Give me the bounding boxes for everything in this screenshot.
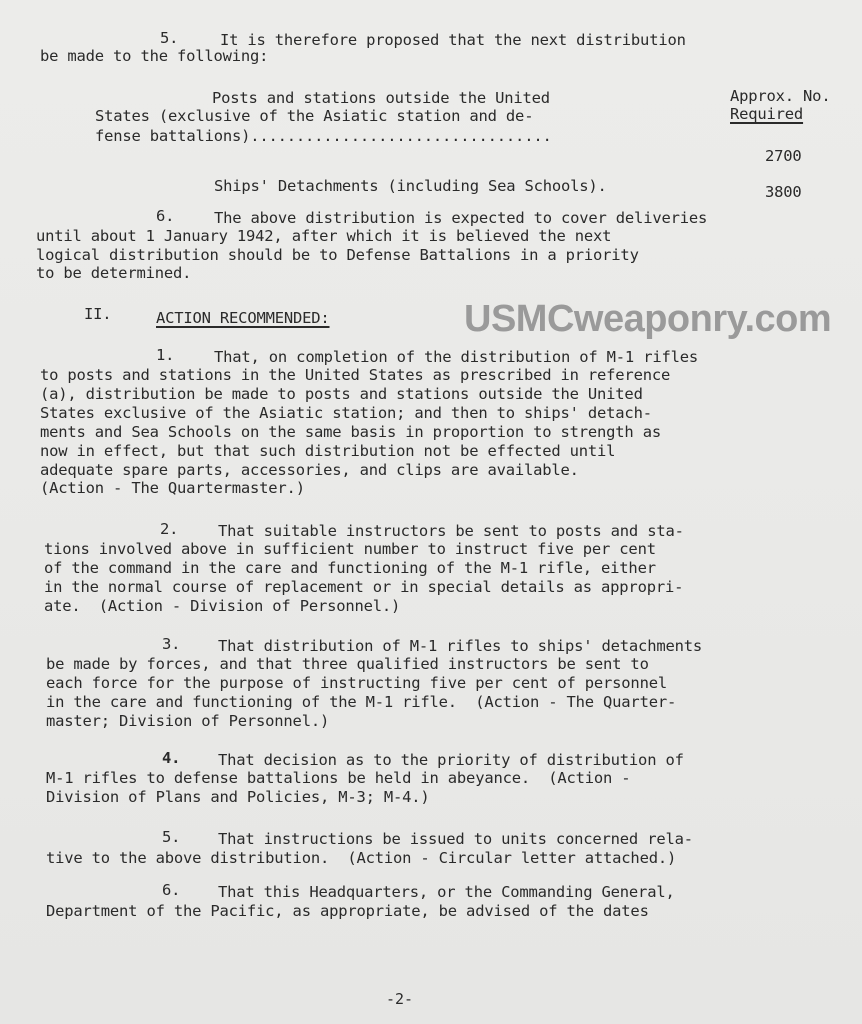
rec1-line3: (a), distribution be made to posts and s… <box>40 384 643 404</box>
table-row1-line3: fense battalions).......................… <box>95 126 552 146</box>
rec1-line4: States exclusive of the Asiatic station;… <box>40 403 652 423</box>
para6-number: 6. <box>156 206 174 226</box>
rec2-line3: of the command in the care and functioni… <box>44 558 656 578</box>
rec2-line5: ate. (Action - Division of Personnel.) <box>44 596 400 616</box>
rec2-number: 2. <box>160 519 178 539</box>
rec4-number: 4. <box>162 748 180 768</box>
rec2-line2: tions involved above in sufficient numbe… <box>44 539 656 559</box>
watermark: USMCweaponry.com <box>464 299 831 339</box>
rec2-line1: That suitable instructors be sent to pos… <box>218 521 684 541</box>
table-row1-line2: States (exclusive of the Asiatic station… <box>95 106 533 126</box>
rec6-line2: Department of the Pacific, as appropriat… <box>46 901 649 921</box>
rec4-line3: Division of Plans and Policies, M-3; M-4… <box>46 787 430 807</box>
para5-line1: It is therefore proposed that the next d… <box>220 30 686 50</box>
para5-number: 5. <box>160 28 178 48</box>
table-header-approx: Approx. No. <box>730 86 830 106</box>
rec3-number: 3. <box>162 634 180 654</box>
table-row1-line1: Posts and stations outside the United <box>212 88 550 108</box>
rec6-line1: That this Headquarters, or the Commandin… <box>218 882 675 902</box>
document-page: 5. It is therefore proposed that the nex… <box>0 0 862 1024</box>
section-title: ACTION RECOMMENDED: <box>156 308 330 328</box>
rec3-line2: be made by forces, and that three qualif… <box>46 654 649 674</box>
table-row2-value: 3800 <box>765 182 802 202</box>
para6-line4: to be determined. <box>36 263 191 283</box>
rec5-line1: That instructions be issued to units con… <box>218 829 693 849</box>
rec1-line5: ments and Sea Schools on the same basis … <box>40 422 661 442</box>
table-header-required: Required <box>730 104 803 124</box>
table-row2-label: Ships' Detachments (including Sea School… <box>214 176 607 196</box>
rec4-line1: That decision as to the priority of dist… <box>218 750 684 770</box>
table-row1-value: 2700 <box>765 146 802 166</box>
rec3-line5: master; Division of Personnel.) <box>46 711 329 731</box>
rec5-line2: tive to the above distribution. (Action … <box>46 848 676 868</box>
page-number: -2- <box>386 990 413 1008</box>
rec3-line4: in the care and functioning of the M-1 r… <box>46 692 676 712</box>
rec5-number: 5. <box>162 827 180 847</box>
rec3-line1: That distribution of M-1 rifles to ships… <box>218 636 702 656</box>
rec6-number: 6. <box>162 880 180 900</box>
para5-line2: be made to the following: <box>40 46 268 66</box>
rec4-line2: M-1 rifles to defense battalions be held… <box>46 768 630 788</box>
rec1-line7: adequate spare parts, accessories, and c… <box>40 460 579 480</box>
section-numeral: II. <box>84 304 111 324</box>
para6-line3: logical distribution should be to Defens… <box>36 245 639 265</box>
rec2-line4: in the normal course of replacement or i… <box>44 577 683 597</box>
rec1-number: 1. <box>156 345 174 365</box>
para6-line1: The above distribution is expected to co… <box>214 208 707 228</box>
rec1-line6: now in effect, but that such distributio… <box>40 441 615 461</box>
rec1-line8: (Action - The Quartermaster.) <box>40 478 305 498</box>
rec3-line3: each force for the purpose of instructin… <box>46 673 667 693</box>
para6-line2: until about 1 January 1942, after which … <box>36 226 611 246</box>
rec1-line1: That, on completion of the distribution … <box>214 347 698 367</box>
rec1-line2: to posts and stations in the United Stat… <box>40 365 670 385</box>
